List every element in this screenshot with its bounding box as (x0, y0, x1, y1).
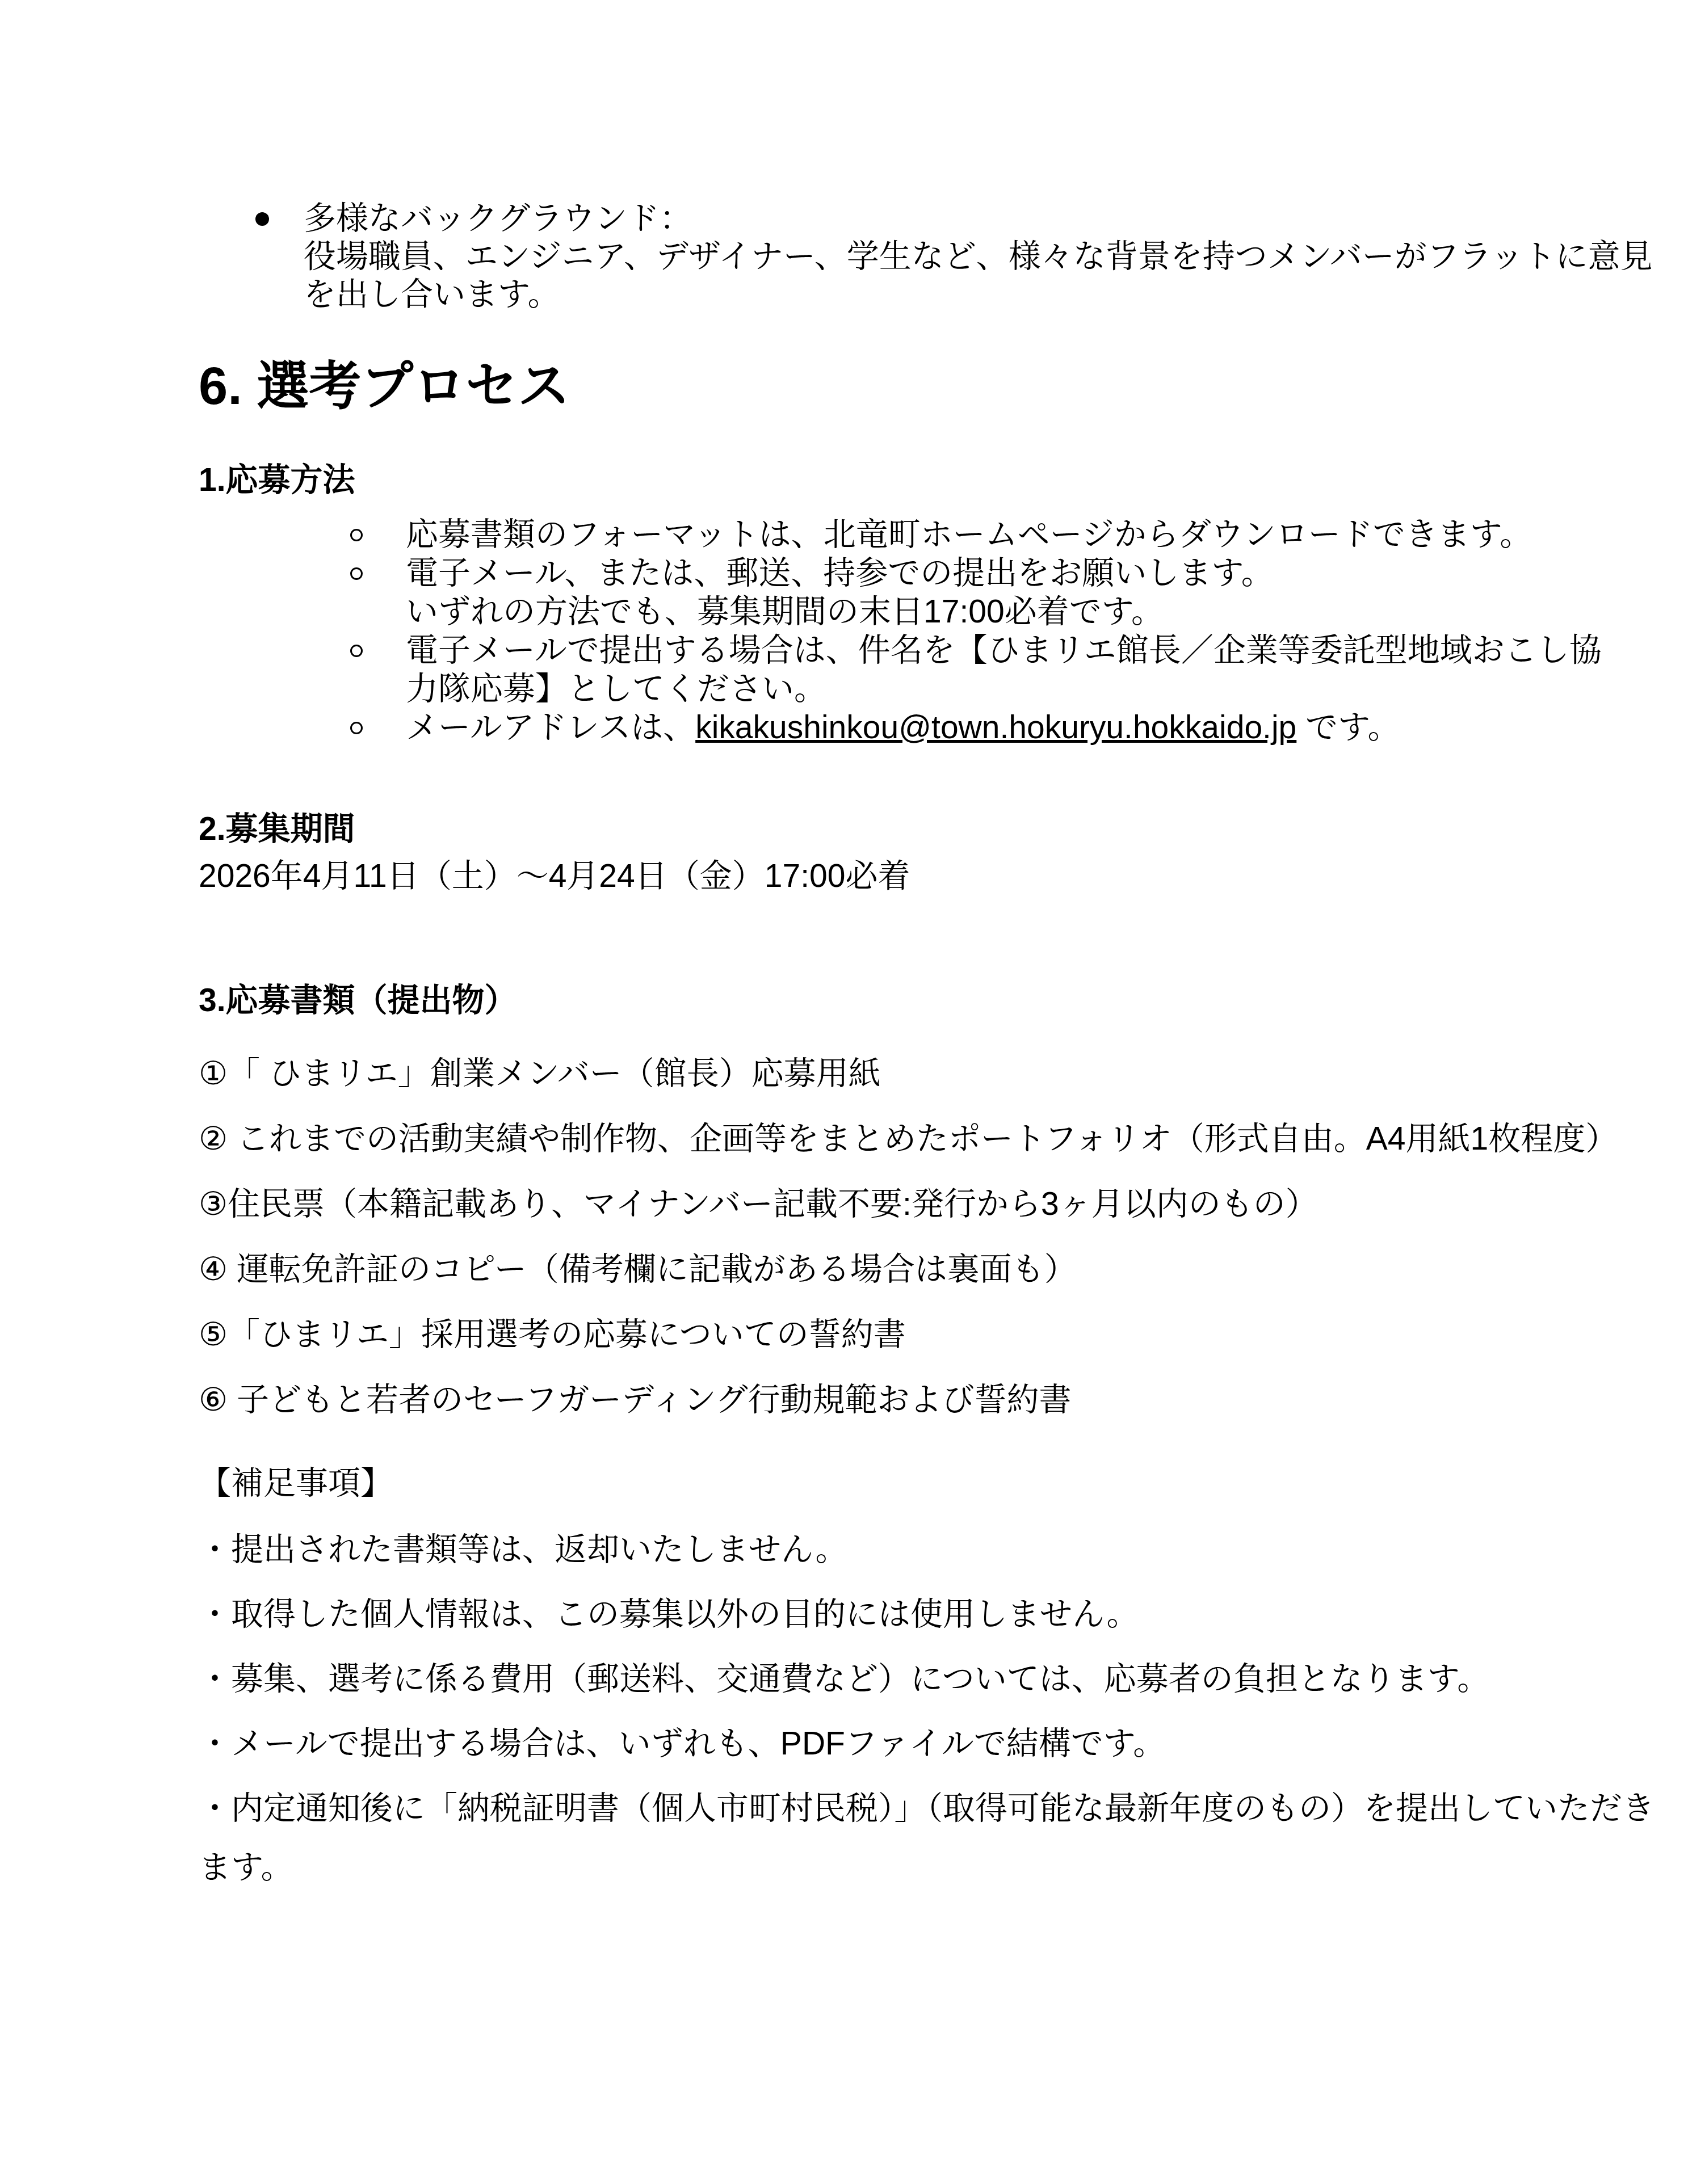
list-item-text: 応募書類のフォーマットは、北竜町ホームページからダウンロードできます。 (406, 515, 1677, 554)
email-prefix: メールアドレスは、 (406, 709, 695, 746)
subsection-title-period: 2.募集期間 (199, 810, 1677, 848)
notes-list: ・提出された書類等は、返却いたしません。 ・取得した個人情報は、この募集以外の目… (199, 1531, 1677, 1887)
circle-bullet-icon (350, 722, 363, 734)
list-item-text: 力隊応募】としてください。 (406, 670, 1677, 708)
email-link[interactable]: kikakushinkou@town.hokuryu.hokkaido.jp (695, 709, 1296, 746)
note-item-continuation: ます。 (199, 1849, 1677, 1887)
email-suffix: です。 (1296, 709, 1400, 746)
list-item: 多様なバックグラウンド： 役場職員、エンジニア、デザイナー、学生など、様々な背景… (199, 200, 1677, 314)
note-item: ・提出された書類等は、返却いたしません。 (199, 1531, 1677, 1569)
note-item: ・内定通知後に「納税証明書（個人市町村民税）」（取得可能な最新年度のもの）を提出… (199, 1790, 1677, 1828)
list-item: 応募書類のフォーマットは、北竜町ホームページからダウンロードできます。 (199, 515, 1677, 554)
list-item: ①「 ひまリエ」創業メンバー（館長）応募用紙 (199, 1055, 1677, 1093)
bullet-icon (255, 212, 269, 226)
list-item-text: 役場職員、エンジニア、デザイナー、学生など、様々な背景を持つメンバーがフラットに… (304, 238, 1677, 276)
period-value: 2026年4月11日（土）～4月24日（金）17:00必着 (199, 857, 1677, 895)
subsection-title-documents: 3.応募書類（提出物） (199, 982, 1677, 1020)
list-item-text: いずれの方法でも、募集期間の末日17:00必着です。 (406, 592, 1677, 631)
list-item: ③住民票（本籍記載あり、マイナンバー記載不要:発行から3ヶ月以内のもの） (199, 1185, 1677, 1223)
circle-bullet-icon (350, 645, 363, 657)
application-method-list: 応募書類のフォーマットは、北竜町ホームページからダウンロードできます。 電子メー… (199, 515, 1677, 747)
note-item: ・募集、選考に係る費用（郵送料、交通費など）については、応募者の負担となります。 (199, 1660, 1677, 1698)
list-item: ② これまでの活動実績や制作物、企画等をまとめたポートフォリオ（形式自由。A4用… (199, 1120, 1677, 1158)
list-item: ⑥ 子どもと若者のセーフガーディング行動規範および誓約書 (199, 1381, 1677, 1419)
list-item-text: を出し合います。 (304, 276, 1677, 314)
list-item-text: 多様なバックグラウンド： (304, 200, 1677, 238)
document-page: 多様なバックグラウンド： 役場職員、エンジニア、デザイナー、学生など、様々な背景… (0, 0, 1688, 1887)
list-item-text: 電子メールで提出する場合は、件名を【ひまリエ館長／企業等委託型地域おこし協 (406, 631, 1677, 670)
list-item: ④ 運転免許証のコピー（備考欄に記載がある場合は裏面も） (199, 1251, 1677, 1289)
note-item: ・メールで提出する場合は、いずれも、PDFファイルで結構です。 (199, 1725, 1677, 1763)
documents-list: ①「 ひまリエ」創業メンバー（館長）応募用紙 ② これまでの活動実績や制作物、企… (199, 1055, 1677, 1419)
note-item: ・取得した個人情報は、この募集以外の目的には使用しません。 (199, 1596, 1677, 1634)
section-heading: 6. 選考プロセス (199, 352, 1677, 420)
list-item: ⑤「ひまリエ」採用選考の応募についての誓約書 (199, 1316, 1677, 1354)
subsection-title-application-method: 1.応募方法 (199, 461, 1677, 499)
list-item: 電子メールで提出する場合は、件名を【ひまリエ館長／企業等委託型地域おこし協 力隊… (199, 631, 1677, 708)
circle-bullet-icon (350, 529, 363, 541)
list-item-text: 電子メール、または、郵送、持参での提出をお願いします。 (406, 554, 1677, 592)
list-item-text: メールアドレスは、kikakushinkou@town.hokuryu.hokk… (406, 708, 1677, 747)
list-item: メールアドレスは、kikakushinkou@town.hokuryu.hokk… (199, 708, 1677, 747)
list-item: 電子メール、または、郵送、持参での提出をお願いします。 いずれの方法でも、募集期… (199, 554, 1677, 631)
circle-bullet-icon (350, 567, 363, 580)
notes-title: 【補足事項】 (199, 1465, 1677, 1503)
